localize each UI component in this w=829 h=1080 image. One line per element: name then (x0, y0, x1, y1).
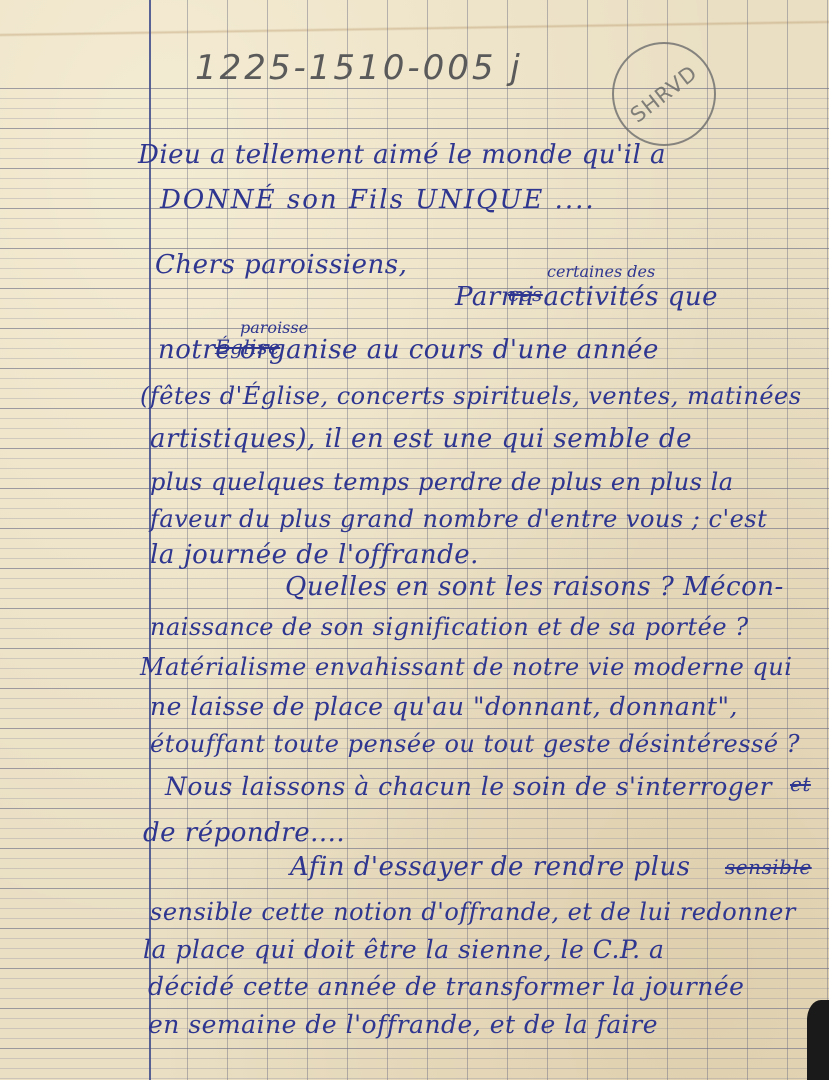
body-line: naissance de son signification et de sa … (150, 613, 749, 641)
struck-word: sensible (725, 855, 812, 879)
paper-page: 1225-1510-005 j SHRVD Dieu a tellement a… (0, 0, 829, 1080)
insertion-certaines-des: certaines des (547, 262, 655, 281)
heading-line-1: Dieu a tellement aimé le monde qu'il a (138, 140, 666, 170)
archive-stamp: SHRVD (612, 42, 716, 146)
body-line: la place qui doit être la sienne, le C.P… (143, 935, 664, 964)
reference-number: 1225-1510-005 j (195, 48, 523, 88)
torn-corner (807, 1000, 829, 1080)
struck-word: ces (508, 282, 543, 306)
body-line: Afin d'essayer de rendre plus (290, 852, 691, 882)
body-line: Quelles en sont les raisons ? Mécon- (285, 572, 784, 602)
heading-line-2: DONNÉ son Fils UNIQUE .... (160, 185, 596, 215)
body-line: Nous laissons à chacun le soin de s'inte… (165, 772, 772, 801)
body-line: Matérialisme envahissant de notre vie mo… (140, 653, 792, 681)
body-line: plus quelques temps perdre de plus en pl… (150, 468, 734, 496)
struck-word: Église (215, 335, 280, 359)
body-line: Chers paroissiens, (155, 250, 407, 280)
body-line: décidé cette année de transformer la jou… (148, 972, 744, 1001)
struck-word: et (790, 772, 811, 796)
body-line: étouffant toute pensée ou tout geste dés… (150, 730, 800, 758)
body-line: Parmi activités que (455, 282, 718, 312)
body-line: sensible cette notion d'offrande, et de … (150, 898, 796, 926)
body-line: ne laisse de place qu'au "donnant, donna… (150, 692, 738, 721)
body-line: la journée de l'offrande. (150, 540, 479, 570)
body-line: (fêtes d'Église, concerts spirituels, ve… (140, 382, 802, 410)
body-line: de répondre.... (143, 818, 345, 848)
stamp-text: SHRVD (626, 60, 702, 127)
body-line: en semaine de l'offrande, et de la faire (148, 1010, 658, 1039)
body-line: faveur du plus grand nombre d'entre vous… (150, 505, 767, 533)
body-line: artistiques), il en est une qui semble d… (150, 424, 692, 454)
